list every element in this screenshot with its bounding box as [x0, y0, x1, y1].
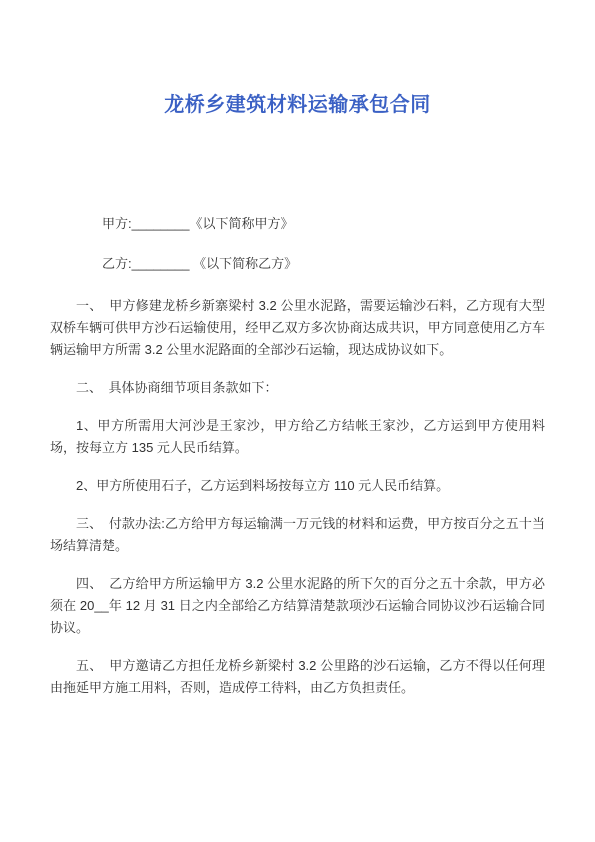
party-line-yi: 乙方:________ 《以下简称乙方》 — [50, 253, 545, 275]
clause-paragraph-4: 2、甲方所使用石子，乙方运到料场按每立方 110 元人民币结算。 — [50, 475, 545, 497]
clause-paragraph-6: 四、 乙方给甲方所运输甲方 3.2 公里水泥路的所下欠的百分之五十余款，甲方必须… — [50, 573, 545, 639]
clause-paragraph-2: 二、 具体协商细节项目条款如下： — [50, 377, 545, 399]
document-page: 龙桥乡建筑材料运输承包合同 甲方:________《以下简称甲方》 乙方:___… — [0, 0, 595, 842]
document-title: 龙桥乡建筑材料运输承包合同 — [50, 92, 545, 118]
party-line-jia: 甲方:________《以下简称甲方》 — [50, 213, 545, 235]
clause-paragraph-3: 1、甲方所需用大河沙是王家沙，甲方给乙方结帐王家沙，乙方运到甲方使用料场，按每立… — [50, 415, 545, 459]
clause-paragraph-7: 五、 甲方邀请乙方担任龙桥乡新梁村 3.2 公里路的沙石运输，乙方不得以任何理由… — [50, 655, 545, 699]
clause-paragraph-1: 一、 甲方修建龙桥乡新寨梁村 3.2 公里水泥路，需要运输沙石料，乙方现有大型双… — [50, 295, 545, 361]
clause-paragraph-5: 三、 付款办法:乙方给甲方每运输满一万元钱的材料和运费，甲方按百分之五十当场结算… — [50, 513, 545, 557]
